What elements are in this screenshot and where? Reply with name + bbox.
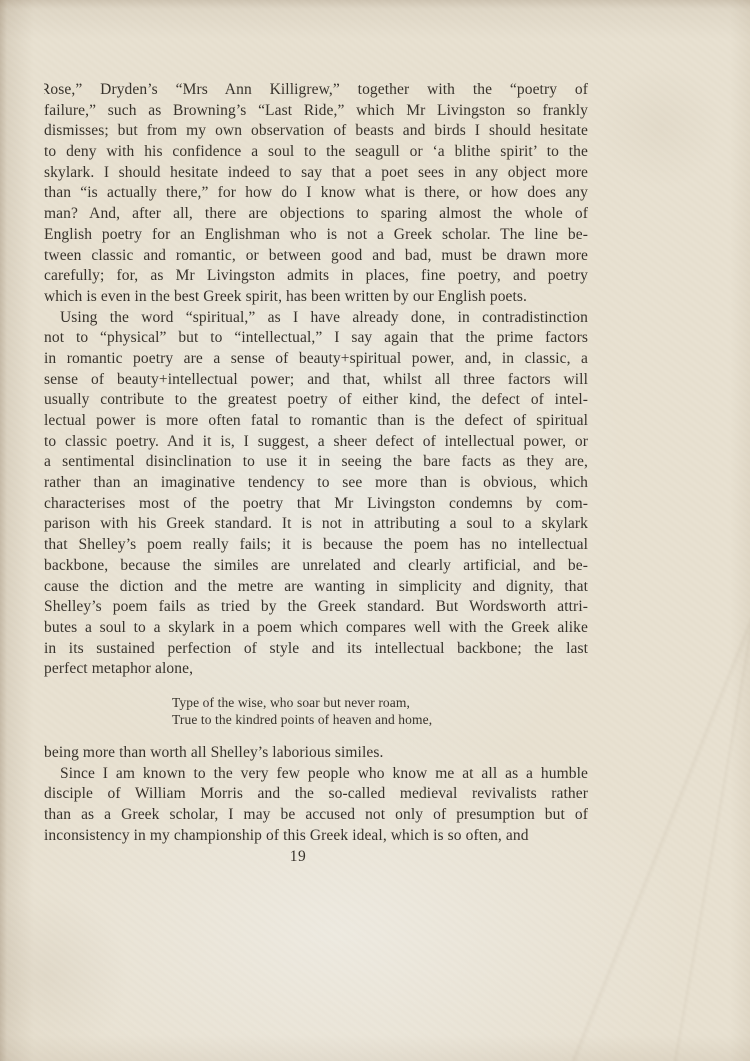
page-number: 19 (26, 848, 570, 866)
verse-line: True to the kindred points of heaven and… (172, 711, 588, 729)
text-line: Shelley’s poem fails as tried by the Gre… (44, 597, 588, 618)
text-line: failure,” such as Browning’s “Last Ride,… (44, 101, 588, 122)
text-line: in romantic poetry are a sense of beauty… (44, 349, 588, 370)
text-line: which is even in the best Greek spirit, … (44, 287, 588, 308)
text-line: man? And, after all, there are objection… (44, 204, 588, 225)
text-line: rather than an imaginative tendency to s… (44, 473, 588, 494)
text-line: than “is actually there,” for how do I k… (44, 183, 588, 204)
paragraph: being more than worth all Shelley’s labo… (44, 743, 588, 764)
text-line: than as a Greek scholar, I may be accuse… (44, 805, 588, 826)
text-block: “Rose,” Dryden’s “Mrs Ann Killigrew,” to… (44, 80, 588, 866)
text-line: disciple of William Morris and the so-ca… (44, 784, 588, 805)
verse-line: Type of the wise, who soar but never roa… (172, 694, 588, 712)
text-line: to classic poetry. And it is, I suggest,… (44, 432, 588, 453)
text-line: perfect metaphor alone, (44, 659, 588, 680)
text-line: not to “physical” but to “intellectual,”… (44, 328, 588, 349)
text-line: tween classic and romantic, or between g… (44, 246, 588, 267)
paragraph: “Rose,” Dryden’s “Mrs Ann Killigrew,” to… (44, 80, 588, 308)
text-line: inconsistency in my championship of this… (44, 826, 588, 847)
text-line: sense of beauty+intellectual power; and … (44, 370, 588, 391)
paragraph: Since I am known to the very few people … (44, 764, 588, 847)
text-line: carefully; for, as Mr Livingston admits … (44, 266, 588, 287)
text-line: parison with his Greek standard. It is n… (44, 514, 588, 535)
text-line: characterises most of the poetry that Mr… (44, 494, 588, 515)
text-line: Since I am known to the very few people … (44, 764, 588, 785)
text-line: cause the diction and the metre are want… (44, 577, 588, 598)
text-line: butes a soul to a skylark in a poem whic… (44, 618, 588, 639)
verse-block: Type of the wise, who soar but never roa… (172, 694, 588, 729)
text-line: usually contribute to the greatest poetr… (44, 390, 588, 411)
text-line: a sentimental disinclination to use it i… (44, 452, 588, 473)
text-line: dismisses; but from my own observation o… (44, 121, 588, 142)
text-line: English poetry for an Englishman who is … (44, 225, 588, 246)
paragraph: Using the word “spiritual,” as I have al… (44, 308, 588, 680)
text-line: to deny with his confidence a soul to th… (44, 142, 588, 163)
text-line: being more than worth all Shelley’s labo… (44, 743, 588, 764)
text-line: backbone, because the similes are unrela… (44, 556, 588, 577)
text-line: “Rose,” Dryden’s “Mrs Ann Killigrew,” to… (44, 80, 588, 101)
text-line: skylark. I should hesitate indeed to say… (44, 163, 588, 184)
text-line: lectual power is more often fatal to rom… (44, 411, 588, 432)
text-line: Using the word “spiritual,” as I have al… (44, 308, 588, 329)
text-line: that Shelley’s poem really fails; it is … (44, 535, 588, 556)
text-line: in its sustained perfection of style and… (44, 639, 588, 660)
